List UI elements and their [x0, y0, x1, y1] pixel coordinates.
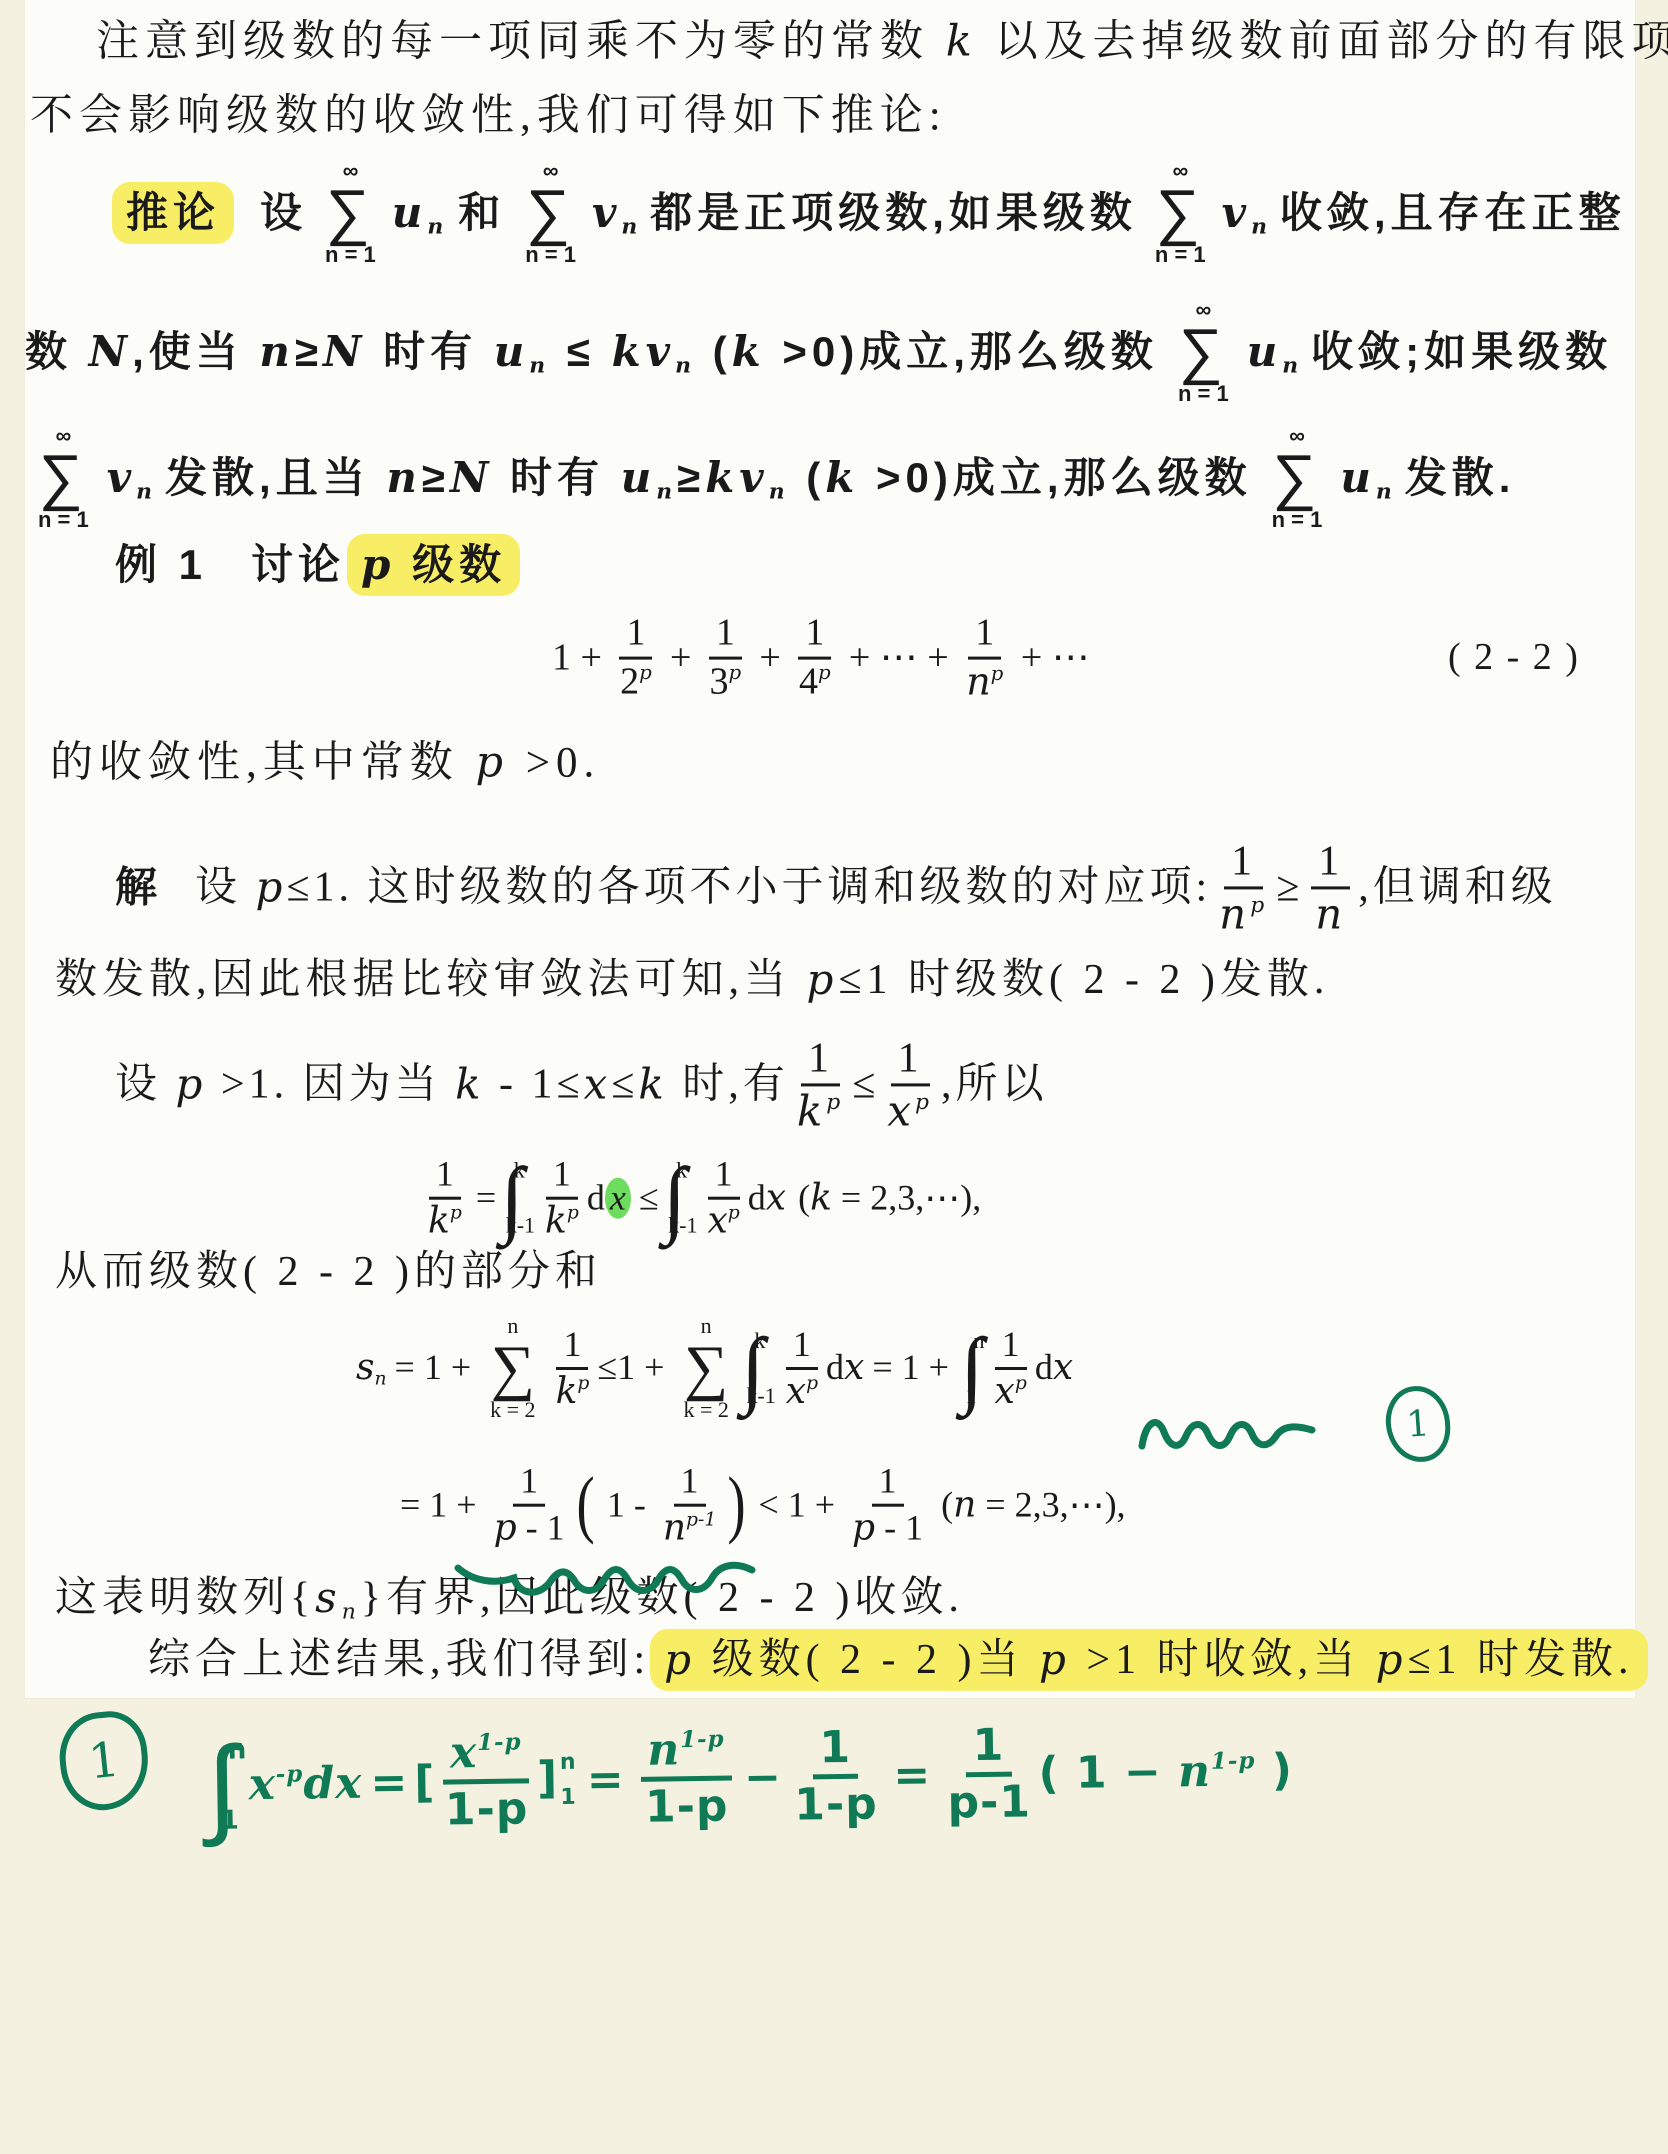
fraction: 12p [619, 614, 652, 703]
formula-sn-line2: = 1 + 1p - 1( 1 - 1np-1) < 1 + 1p - 1(n … [400, 1463, 1126, 1548]
text: 1 [898, 1036, 923, 1080]
text: ( 1 − [1038, 1750, 1178, 1796]
text: = [476, 1177, 496, 1218]
yellow-highlight: 推论 [112, 182, 234, 244]
fraction: x1-p1-p [443, 1729, 530, 1834]
text: + [750, 636, 790, 680]
wavy-underline-2 [452, 1546, 762, 1602]
text: 发散,且当 [165, 454, 386, 502]
text: − [744, 1756, 782, 1801]
math-italic: N [323, 328, 366, 376]
text: ≤ [611, 1061, 638, 1109]
text: d [1035, 1347, 1053, 1388]
text: >0)成立,那么级数 [859, 454, 1251, 502]
math-italic: un [494, 328, 550, 376]
text: ( [790, 454, 826, 502]
text: ≥ [295, 328, 323, 376]
text: 1 [681, 1463, 699, 1501]
textbook-page: 注意到级数的每一项同乘不为零的常数 k 以及去掉级数前面部分的有限项不会影响级数… [0, 0, 1668, 2154]
text: >1 时收敛,当 [1071, 1636, 1376, 1684]
text: ≤1 时发散. [1408, 1636, 1634, 1684]
text: 级数( 2 - 2 )当 [696, 1636, 1039, 1684]
math-italic: n [1315, 893, 1346, 937]
math-italic: x [584, 1061, 612, 1109]
text: 1 [553, 1156, 571, 1194]
text: ) [1255, 1748, 1293, 1793]
fraction: 13p [709, 614, 742, 703]
text: 1 [975, 614, 994, 654]
para3-line1: 从而级数( 2 - 2 )的部分和 [55, 1248, 602, 1296]
fraction: 1kp [545, 1156, 579, 1241]
math-italic: kvn [705, 454, 789, 502]
text: 设 [260, 189, 307, 237]
solution-line1: 解设 p≤1. 这时级数的各项不小于调和级数的对应项:1np≥1n,但调和级 [115, 839, 1557, 936]
math-italic: n [953, 1484, 976, 1525]
text: ≤ [852, 1061, 879, 1109]
math-italic: p [176, 1061, 207, 1109]
fraction: 1np [1219, 839, 1268, 936]
text: 3p [710, 663, 742, 703]
text: = [587, 1758, 625, 1803]
text: 注意到级数的每一项同乘不为零的常数 [96, 17, 946, 66]
fraction: 1p - 1 [852, 1463, 923, 1548]
tall-parenthesis: ( [576, 1477, 594, 1534]
text: 1-p [645, 1784, 729, 1831]
text: ≥ [422, 454, 450, 502]
text: 1 [1002, 1326, 1020, 1364]
math-italic: k [946, 17, 978, 66]
math-italic: p [664, 1636, 696, 1684]
solution-line2: 数发散,因此根据比较审敛法可知,当 p≤1 时级数( 2 - 2 )发散. [55, 956, 1329, 1004]
math-italic: n [259, 328, 295, 376]
text: 不会影响级数的收敛性,我们可得如下推论: [30, 91, 947, 140]
math-italic: kp [556, 1373, 590, 1411]
summation-symbol: ∞∑n = 1 [525, 160, 576, 266]
text: ≤ [639, 1177, 659, 1218]
math-italic: x [766, 1177, 786, 1218]
text: 都是正项级数,如果级数 [650, 189, 1137, 237]
text: >0. [509, 738, 600, 787]
math-italic: p [256, 864, 287, 912]
math-italic: kp [797, 1090, 844, 1134]
text: ]n1 [537, 1752, 578, 1810]
integral-symbol: ∫kk-1 [741, 1326, 776, 1410]
text: 1 [972, 1723, 1004, 1770]
text: 设 [115, 1061, 176, 1109]
math-italic: np [966, 663, 1003, 703]
fraction: 1xp [995, 1326, 1027, 1411]
text: ,使当 [132, 328, 259, 376]
math-italic: n1-p [647, 1727, 725, 1774]
math-italic: kp [545, 1203, 579, 1241]
math-italic: p [476, 738, 510, 787]
text: 时有 [366, 328, 493, 376]
text: 从而级数( 2 - 2 )的部分和 [55, 1248, 602, 1296]
math-italic: N [89, 328, 132, 376]
text: + ⋯ [1011, 636, 1089, 680]
text: 收敛,且存在正整 [1280, 189, 1626, 237]
text: 1 [626, 614, 645, 654]
text: 1-p [445, 1787, 529, 1834]
bold-text: 解 [115, 864, 161, 912]
summation-symbol: ∞∑n = 1 [325, 160, 376, 266]
text: 的收敛性,其中常数 [50, 738, 476, 787]
text: 1 [879, 1463, 897, 1501]
text: ≥ [677, 454, 705, 502]
text: 1 [1231, 839, 1256, 883]
text: 1 - [598, 1484, 655, 1525]
math-italic: n1-p [1178, 1749, 1256, 1794]
math-italic: xp [707, 1203, 739, 1241]
text: ≤1 时级数( 2 - 2 )发散. [838, 956, 1329, 1004]
text: ,但调和级 [1358, 864, 1557, 912]
math-italic: k [638, 1061, 667, 1109]
para1-line2: 不会影响级数的收敛性,我们可得如下推论: [30, 91, 947, 140]
math-italic: k [732, 328, 766, 376]
text: 时,有 [668, 1061, 789, 1109]
text: d [748, 1177, 766, 1218]
math-italic: p [1039, 1636, 1071, 1684]
circled-1-marker-large: 1 [55, 1708, 153, 1815]
text: 级数 [395, 541, 506, 589]
circled-1-small-text: 1 [1405, 1403, 1431, 1445]
tall-parenthesis: ) [728, 1477, 746, 1534]
text: p-1 [947, 1780, 1031, 1827]
text: ( [696, 328, 732, 376]
integral-symbol: ∫n1 [206, 1735, 247, 1836]
text: 1 [805, 614, 824, 654]
summation-symbol: ∞∑n = 1 [1155, 160, 1206, 266]
fraction: 1n [1311, 839, 1350, 936]
green-circled-x: x [605, 1177, 631, 1218]
math-italic: N [450, 454, 493, 502]
text: ≤1. 这时级数的各项不小于调和级数的对应项: [286, 864, 1211, 912]
handwritten-note: ∫n1x-pdx=[x1-p1-p]n1=n1-p1-p−11-p=1p-1( … [204, 1719, 1293, 1838]
fraction: n1-p1-p [640, 1727, 733, 1832]
text: 1 [436, 1156, 454, 1194]
text: ( 2 - 2 ) [1448, 636, 1580, 680]
math-italic: vn [592, 189, 642, 237]
math-italic: np [1219, 893, 1268, 937]
bold-text: 例 1 [115, 541, 207, 589]
formula-2-2: 1 + 12p + 13p + 14p + ⋯ + 1np + ⋯ [552, 614, 1090, 703]
text: - 1 [875, 1510, 923, 1548]
math-italic: p [852, 1510, 875, 1548]
text: ≤1 + [597, 1347, 673, 1388]
math-italic: dx [303, 1761, 363, 1806]
text: 发散. [1405, 454, 1516, 502]
formula-sn-line1: sn= 1 + n∑k = 21kp≤1 + n∑k = 2∫kk-11xpdx… [356, 1315, 1073, 1421]
math-italic: un [1247, 328, 1303, 376]
text: 2p [620, 663, 652, 703]
text: ≥ [1276, 864, 1303, 912]
integral-symbol: ∫kk-1 [663, 1156, 698, 1240]
example-heading: 例 1讨论p 级数 [115, 534, 520, 596]
math-italic: x [844, 1347, 864, 1388]
text: 1-p [794, 1782, 878, 1829]
corollary-line1: 推论设∞∑n = 1un和∞∑n = 1vn都是正项级数,如果级数∞∑n = 1… [112, 160, 1626, 266]
conclusion-line: 综合上述结果,我们得到:p 级数( 2 - 2 )当 p >1 时收敛,当 p≤… [148, 1629, 1648, 1691]
text: 1 [716, 614, 735, 654]
yellow-highlight: p 级数( 2 - 2 )当 p >1 时收敛,当 p≤1 时发散. [650, 1629, 1647, 1691]
summation-symbol: ∞∑n = 1 [1272, 425, 1323, 531]
text: = 2,3,⋯), [976, 1484, 1125, 1525]
math-italic: xp [995, 1373, 1027, 1411]
math-italic: x-p [248, 1762, 303, 1807]
text: ( [941, 1484, 953, 1525]
fraction: 1p - 1 [494, 1463, 565, 1548]
text: 1 [793, 1326, 811, 1364]
fraction: 1xp [707, 1156, 739, 1241]
fraction: 1kp [797, 1036, 844, 1133]
math-italic: p [494, 1510, 517, 1548]
math-italic: kvn [612, 328, 696, 376]
text: = 1 + [395, 1347, 481, 1388]
math-italic: un [621, 454, 677, 502]
text: - 1≤ [485, 1061, 584, 1109]
para2-line1: 的收敛性,其中常数 p >0. [50, 738, 600, 787]
integral-symbol: ∫n1 [960, 1326, 985, 1410]
math-italic: sn [315, 1574, 361, 1622]
text: ,所以 [941, 1061, 1048, 1109]
text: ( [798, 1177, 810, 1218]
text: + ⋯ + [839, 636, 958, 680]
math-italic: kp [428, 1203, 462, 1241]
text: 综合上述结果,我们得到: [148, 1636, 650, 1684]
fraction: 1kp [428, 1156, 462, 1241]
fraction: 11-p [793, 1725, 878, 1830]
math-italic: xp [887, 1090, 933, 1134]
math-italic: p [1376, 1636, 1408, 1684]
fraction: 1xp [786, 1326, 818, 1411]
text: 1 [819, 1725, 851, 1772]
integral-symbol: ∫kk-1 [500, 1156, 535, 1240]
text: 1 [563, 1326, 581, 1364]
text: 数发散,因此根据比较审敛法可知,当 [55, 956, 807, 1004]
text: >0)成立,那么级数 [766, 328, 1158, 376]
text: - 1 [517, 1510, 565, 1548]
math-italic: un [1340, 454, 1396, 502]
fraction: 1xp [887, 1036, 933, 1133]
math-italic: p [807, 956, 839, 1004]
math-italic: sn [356, 1347, 387, 1388]
math-italic: k [455, 1061, 484, 1109]
text: + [660, 636, 700, 680]
math-italic: vn [1222, 189, 1272, 237]
math-italic: xp [786, 1373, 818, 1411]
wavy-underline-1 [1136, 1408, 1320, 1458]
text: 以及去掉级数前面部分的有限项 [978, 17, 1668, 66]
math-italic: p [361, 541, 395, 589]
corollary-line3: ∞∑n = 1vn发散,且当 n≥N 时有 un≥kvn (k >0)成立,那么… [28, 425, 1515, 531]
text: 1 [1318, 839, 1343, 883]
text: = 1 + [872, 1347, 958, 1388]
text: d [826, 1347, 844, 1388]
fraction: 1np [966, 614, 1003, 703]
text: 这表明数列{ [55, 1574, 315, 1622]
math-italic: vn [107, 454, 157, 502]
math-italic: n [386, 454, 422, 502]
text: = 1 + [400, 1484, 486, 1525]
solution-line3: 设 p >1. 因为当 k - 1≤x≤k 时,有1kp≤1xp,所以 [115, 1036, 1048, 1133]
text: < 1 + [749, 1484, 844, 1525]
text: 设 [195, 864, 256, 912]
text: 1 + [552, 636, 611, 680]
corollary-line2: 数 N,使当 n≥N 时有 un ≤ kvn (k >0)成立,那么级数∞∑n … [25, 299, 1612, 405]
text: 和 [458, 189, 505, 237]
text: 时有 [493, 454, 620, 502]
math-italic: x [1053, 1347, 1073, 1388]
math-italic: x1-p [450, 1729, 522, 1776]
math-italic: k [810, 1177, 832, 1218]
text: d [587, 1177, 605, 1218]
fraction: 14p [798, 614, 831, 703]
para1-line1: 注意到级数的每一项同乘不为零的常数 k 以及去掉级数前面部分的有限项 [96, 17, 1668, 66]
text: = [370, 1761, 408, 1806]
text: ≤ [550, 328, 611, 376]
summation-symbol: n∑k = 2 [490, 1315, 535, 1421]
formula-integral-compare: 1kp=∫kk-11kpdx≤∫kk-11xpdx(k = 2,3,⋯), [420, 1156, 981, 1241]
circled-1-large-text: 1 [86, 1732, 122, 1791]
text: = [893, 1753, 931, 1798]
text: 1 [520, 1463, 538, 1501]
text: = 2,3,⋯), [832, 1177, 981, 1218]
summation-symbol: ∞∑n = 1 [38, 425, 89, 531]
math-italic: np-1 [663, 1510, 716, 1548]
formula-2-2-label: ( 2 - 2 ) [1448, 636, 1580, 680]
text: 4p [799, 663, 831, 703]
text: [ [414, 1760, 436, 1804]
text: 收敛;如果级数 [1311, 328, 1612, 376]
yellow-highlight: p 级数 [347, 534, 520, 596]
summation-symbol: ∞∑n = 1 [1178, 299, 1229, 405]
fraction: 1p-1 [946, 1722, 1031, 1827]
text: >1. 因为当 [206, 1061, 455, 1109]
fraction: 1np-1 [663, 1463, 716, 1548]
fraction: 1kp [556, 1326, 590, 1411]
math-italic: un [392, 189, 448, 237]
text: 数 [25, 328, 89, 376]
text: 推论 [126, 189, 220, 237]
math-italic: k [825, 454, 859, 502]
summation-symbol: n∑k = 2 [683, 1315, 728, 1421]
text: 讨论 [251, 541, 345, 589]
text: 1 [808, 1036, 833, 1080]
text: 1 [715, 1156, 733, 1194]
